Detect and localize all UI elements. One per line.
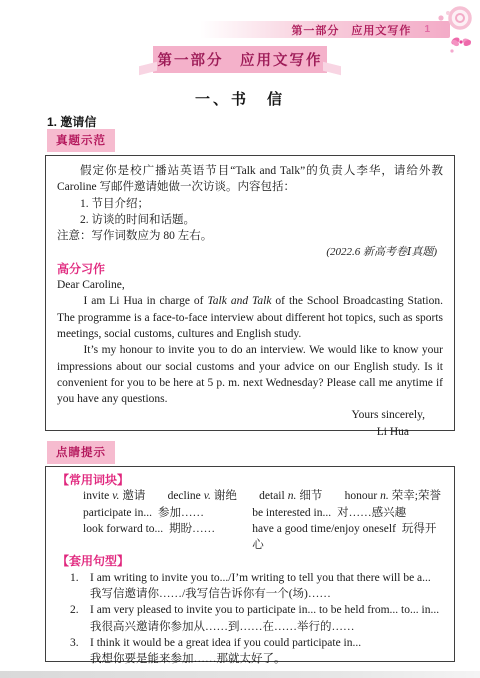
vocab-term: be interested in... [252, 507, 331, 519]
pattern-chinese: 我很高兴邀请你参加从……到……在……举行的…… [57, 619, 443, 635]
pattern-english: I think it would be a great idea if you … [90, 635, 443, 651]
vocab-row: invitev.邀请 declinev.谢绝 detailn.细节 honour… [57, 488, 443, 504]
letter-salutation: Dear Caroline, [57, 277, 443, 293]
vocab-label: 【常用词块】 [57, 472, 443, 488]
vocab-row: look forward to...期盼…… have a good time/… [57, 521, 443, 554]
textbook-page: 第一部分 应用文写作 1 第一部分 应用文写作 一、书 信 1. 邀请信 真题示… [0, 0, 480, 678]
pattern-english: I am very pleased to invite you to parti… [90, 602, 443, 618]
letter-signature: Li Hua [57, 424, 443, 440]
pattern-chinese: 我想你要是能来参加……那就太好了。 [57, 651, 443, 667]
vocab-term: decline [168, 490, 201, 502]
part-banner: 第一部分 应用文写作 [153, 46, 327, 73]
patterns-label: 【套用句型】 [57, 553, 443, 569]
vocab-zh: 参加…… [158, 507, 204, 519]
letter-paragraph-1-pre: I am Li Hua in charge of [83, 295, 207, 307]
vocab-item: declinev.谢绝 [168, 488, 237, 504]
vocab-item: honourn.荣幸;荣誉 [345, 488, 441, 504]
page-bottom-edge [0, 671, 480, 678]
pattern-number: 3. [70, 635, 90, 651]
pattern-number: 1. [70, 570, 90, 586]
vocab-pos: n. [288, 490, 297, 502]
header-page-number: 1 [424, 24, 430, 35]
pattern-item-en: 1. I am writing to invite you to.../I’m … [57, 570, 443, 586]
exam-note: 注意：写作词数应为 80 左右。 [57, 228, 443, 244]
part-banner-title: 第一部分 应用文写作 [158, 49, 323, 70]
subsection-title: 1. 邀请信 [47, 113, 96, 130]
letter-paragraph-2: It’s my honour to invite you to do an in… [57, 342, 443, 407]
sample-essay-label: 高分习作 [57, 261, 443, 277]
vocab-item: have a good time/enjoy oneself玩得开心 [252, 521, 443, 554]
exam-box: 假定你是校广播站英语节目“Talk and Talk”的负责人李华，请给外教 C… [45, 155, 455, 431]
exam-source: (2022.6 新高考卷Ⅰ真题) [57, 244, 443, 260]
vocab-pos: v. [204, 490, 211, 502]
vocab-term: look forward to... [83, 523, 163, 535]
vocab-zh: 谢绝 [214, 490, 237, 502]
vocab-row: participate in...参加…… be interested in..… [57, 505, 443, 521]
exam-prompt: 假定你是校广播站英语节目“Talk and Talk”的负责人李华，请给外教 C… [57, 163, 443, 196]
vocab-item: detailn.细节 [259, 488, 322, 504]
pattern-chinese: 我写信邀请你……/我写信告诉你有一个(场)…… [57, 586, 443, 602]
vocab-zh: 荣幸;荣誉 [392, 490, 441, 502]
vocab-term: honour [345, 490, 378, 502]
letter-closing: Yours sincerely, [57, 407, 443, 423]
vocab-term: detail [259, 490, 285, 502]
vocab-item: look forward to...期盼…… [83, 521, 252, 554]
page-header-bar: 第一部分 应用文写作 1 [200, 21, 450, 38]
pattern-english: I am writing to invite you to.../I’m wri… [90, 570, 443, 586]
vocab-term: have a good time/enjoy oneself [252, 523, 396, 535]
tips-badge: 点睛提示 [47, 441, 115, 464]
vocab-zh: 细节 [299, 490, 322, 502]
exam-example-badge: 真题示范 [47, 129, 115, 152]
section-title: 一、书 信 [0, 88, 480, 109]
programme-name-italic: Talk and Talk [207, 295, 271, 307]
vocab-term: participate in... [83, 507, 152, 519]
flower-circles-deco-icon [432, 5, 478, 55]
vocab-zh: 对……感兴趣 [337, 507, 406, 519]
vocab-pos: v. [112, 490, 119, 502]
vocab-zh: 邀请 [122, 490, 145, 502]
exam-point-1: 1. 节目介绍； [57, 196, 443, 212]
tips-box: 【常用词块】 invitev.邀请 declinev.谢绝 detailn.细节… [45, 466, 455, 662]
pattern-item-en: 3. I think it would be a great idea if y… [57, 635, 443, 651]
vocab-pos: n. [380, 490, 389, 502]
vocab-item: be interested in...对……感兴趣 [252, 505, 406, 521]
vocab-item: participate in...参加…… [83, 505, 252, 521]
vocab-term: invite [83, 490, 109, 502]
pattern-item-en: 2. I am very pleased to invite you to pa… [57, 602, 443, 618]
header-title: 第一部分 应用文写作 [291, 22, 411, 38]
vocab-zh: 期盼…… [169, 523, 215, 535]
vocab-item: invitev.邀请 [83, 488, 145, 504]
letter-paragraph-1: I am Li Hua in charge of Talk and Talk o… [57, 293, 443, 342]
pattern-number: 2. [70, 602, 90, 618]
exam-point-2: 2. 访谈的时间和话题。 [57, 212, 443, 228]
